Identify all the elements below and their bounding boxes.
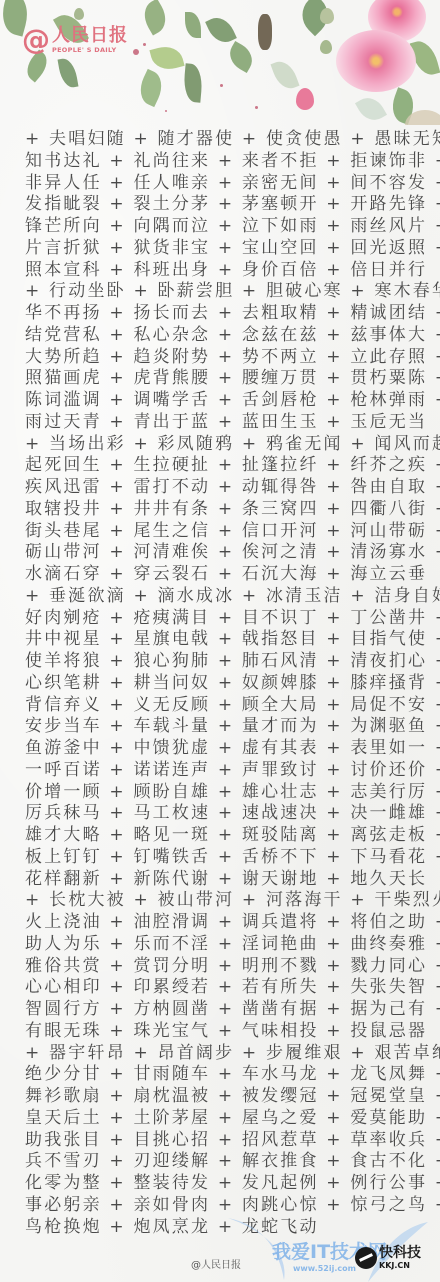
bud-decoration	[296, 88, 314, 110]
text-line: 心心相印 + 印累绶若 + 若有所失 + 失张失智 +	[25, 977, 420, 999]
text-line: 起死回生 + 生拉硬扯 + 扯篷拉纤 + 纤芥之疾 +	[25, 455, 420, 477]
text-line: 结党营私 + 私心杂念 + 念兹在兹 + 兹事体大 +	[25, 325, 420, 347]
bud-decoration	[320, 8, 334, 24]
bud-decoration	[74, 8, 84, 20]
text-line: 陈词滥调 + 调嘴学舌 + 舌剑唇枪 + 枪林弹雨 +	[25, 390, 420, 412]
leaf-decoration	[138, 0, 172, 35]
weibo-at-icon: @	[22, 26, 50, 54]
text-line: 砺山带河 + 河清难俟 + 俟河之清 + 清汤寡水 +	[25, 542, 420, 564]
logo-name-cn: 人民日报	[52, 26, 128, 46]
leaf-decoration	[134, 69, 167, 107]
kkj-name-cn: 快科技	[379, 1246, 421, 1261]
leaf-decoration	[205, 13, 237, 48]
kkj-logo-icon	[355, 1247, 377, 1269]
paint-splatter	[143, 43, 146, 46]
paint-splatter	[220, 84, 223, 87]
text-line: 背信弃义 + 义无反顾 + 顾全大局 + 局促不安 +	[25, 695, 420, 717]
leaf-decoration	[355, 92, 387, 125]
leaf-decoration	[58, 57, 79, 89]
weibo-credit: @人民日报	[191, 1256, 241, 1271]
leaf-decoration	[258, 14, 272, 50]
text-line: 好肉剜疮 + 疮痍满目 + 目不识丁 + 丁公凿井 +	[25, 608, 420, 630]
leaf-decoration	[270, 57, 299, 92]
text-line: 雅俗共赏 + 赏罚分明 + 明刑不戮 + 戮力同心 +	[25, 956, 420, 978]
text-line: 助人为乐 + 乐而不淫 + 淫词艳曲 + 曲终奏雅 +	[25, 934, 420, 956]
kkj-watermark: 快科技 KKJ.CN	[355, 1246, 421, 1270]
paint-splatter	[255, 106, 258, 109]
text-line: 皇天后土 + 土阶茅屋 + 屋乌之爱 + 爱莫能助 +	[25, 1108, 420, 1130]
text-line: 花样翻新 + 新陈代谢 + 谢天谢地 + 地久天长	[25, 869, 420, 891]
watermark-url: www.52ij.com	[293, 1264, 356, 1273]
idiom-chain-text: + 夫唱妇随 + 随才器使 + 使贪使愚 + 愚昧无知 +知书达礼 + 礼尚往来…	[25, 129, 420, 1238]
leaf-decoration	[149, 43, 184, 74]
text-line: 一呼百诺 + 诺诺连声 + 声罪致讨 + 讨价还价 +	[25, 760, 420, 782]
text-line: 板上钉钉 + 钉嘴铁舌 + 舌桥不下 + 下马看花 +	[25, 847, 420, 869]
text-line: + 器宇轩昂 + 昂首阔步 + 步履维艰 + 艰苦卓绝 +	[25, 1043, 420, 1065]
text-line: 大势所趋 + 趋炎附势 + 势不两立 + 立此存照 +	[25, 347, 420, 369]
text-line: 发指眦裂 + 裂土分茅 + 茅塞顿开 + 开路先锋 +	[25, 194, 420, 216]
text-line: 绝少分甘 + 甘雨随车 + 车水马龙 + 龙飞凤舞 +	[25, 1064, 420, 1086]
peoples-daily-logo: @ 人民日报 PEOPLE' S DAILY	[22, 26, 128, 56]
floral-header: @ 人民日报 PEOPLE' S DAILY	[0, 0, 440, 125]
text-line: 雄才大略 + 略见一斑 + 斑驳陆离 + 离弦走板 +	[25, 825, 420, 847]
text-line: 心织笔耕 + 耕当问奴 + 奴颜婢膝 + 膝痒搔背 +	[25, 673, 420, 695]
text-line: + 长枕大被 + 被山带河 + 河落海干 + 干柴烈火 +	[25, 890, 420, 912]
text-line: 照本宣科 + 科班出身 + 身价百倍 + 倍日并行	[25, 260, 420, 282]
text-line: 井中视星 + 星旗电戟 + 戟指怒目 + 目指气使 +	[25, 629, 420, 651]
paint-splatter	[133, 49, 139, 55]
leaf-decoration	[182, 63, 203, 102]
bud-decoration	[320, 40, 332, 54]
paint-splatter	[165, 110, 167, 112]
text-line: 水滴石穿 + 穿云裂石 + 石沉大海 + 海立云垂	[25, 564, 420, 586]
text-line: 火上浇油 + 油腔滑调 + 调兵遣将 + 将伯之助 +	[25, 912, 420, 934]
text-line: + 当场出彩 + 彩凤随鸦 + 鸦雀无闻 + 闻风而起 +	[25, 434, 420, 456]
text-line: 照猫画虎 + 虎背熊腰 + 腰缠万贯 + 贯朽粟陈 +	[25, 368, 420, 390]
text-line: 片言折狱 + 狱货非宝 + 宝山空回 + 回光返照 +	[25, 238, 420, 260]
leaf-decoration	[224, 41, 258, 73]
leaf-decoration	[185, 12, 201, 38]
text-line: + 行动坐卧 + 卧薪尝胆 + 胆破心寒 + 寒木春华 +	[25, 281, 420, 303]
rose-decoration	[336, 30, 416, 92]
text-line: + 垂涎欲滴 + 滴水成冰 + 冰清玉洁 + 洁身自好 +	[25, 586, 420, 608]
text-line: 有眼无珠 + 珠光宝气 + 气味相投 + 投鼠忌器	[25, 1021, 420, 1043]
text-line: 助我张目 + 目挑心招 + 招风惹草 + 草率收兵 +	[25, 1130, 420, 1152]
text-line: 厉兵秣马 + 马工枚速 + 速战速决 + 决一雌雄 +	[25, 803, 420, 825]
text-line: 锋芒所向 + 向隅而泣 + 泣下如雨 + 雨丝风片 +	[25, 216, 420, 238]
text-line: 价增一顾 + 顾盼自雄 + 雄心壮志 + 志美行厉 +	[25, 782, 420, 804]
text-line: 使羊将狼 + 狼心狗肺 + 肺石风清 + 清夜扪心 +	[25, 651, 420, 673]
text-line: 智圆行方 + 方枘圆凿 + 凿凿有据 + 据为己有 +	[25, 999, 420, 1021]
kkj-name-en: KKJ.CN	[379, 1261, 421, 1270]
text-line: 知书达礼 + 礼尚往来 + 来者不拒 + 拒谏饰非 +	[25, 151, 420, 173]
text-line: 化零为整 + 整装待发 + 发凡起例 + 例行公事 +	[25, 1173, 420, 1195]
text-line: 街头巷尾 + 尾生之信 + 信口开河 + 河山带砺 +	[25, 521, 420, 543]
text-line: 非异人任 + 任人唯亲 + 亲密无间 + 间不容发 +	[25, 173, 420, 195]
text-line: 舞衫歌扇 + 扇枕温被 + 被发缨冠 + 冠冕堂皇 +	[25, 1086, 420, 1108]
text-line: + 夫唱妇随 + 随才器使 + 使贪使愚 + 愚昧无知 +	[25, 129, 420, 151]
text-line: 疾风迅雷 + 雷打不动 + 动辄得咎 + 咎由自取 +	[25, 477, 420, 499]
text-line: 华不再扬 + 扬长而去 + 去粗取精 + 精诚团结 +	[25, 303, 420, 325]
text-line: 雨过天青 + 青出于蓝 + 蓝田生玉 + 玉卮无当	[25, 412, 420, 434]
text-line: 兵不雪刃 + 刃迎缕解 + 解衣推食 + 食古不化 +	[25, 1151, 420, 1173]
text-line: 取辖投井 + 井井有条 + 条三窝四 + 四衢八街 +	[25, 499, 420, 521]
logo-name-en: PEOPLE' S DAILY	[52, 46, 128, 54]
text-line: 安步当车 + 车载斗量 + 量才而为 + 为渊驱鱼 +	[25, 716, 420, 738]
text-line: 鱼游釜中 + 中馈犹虚 + 虚有其表 + 表里如一 +	[25, 738, 420, 760]
